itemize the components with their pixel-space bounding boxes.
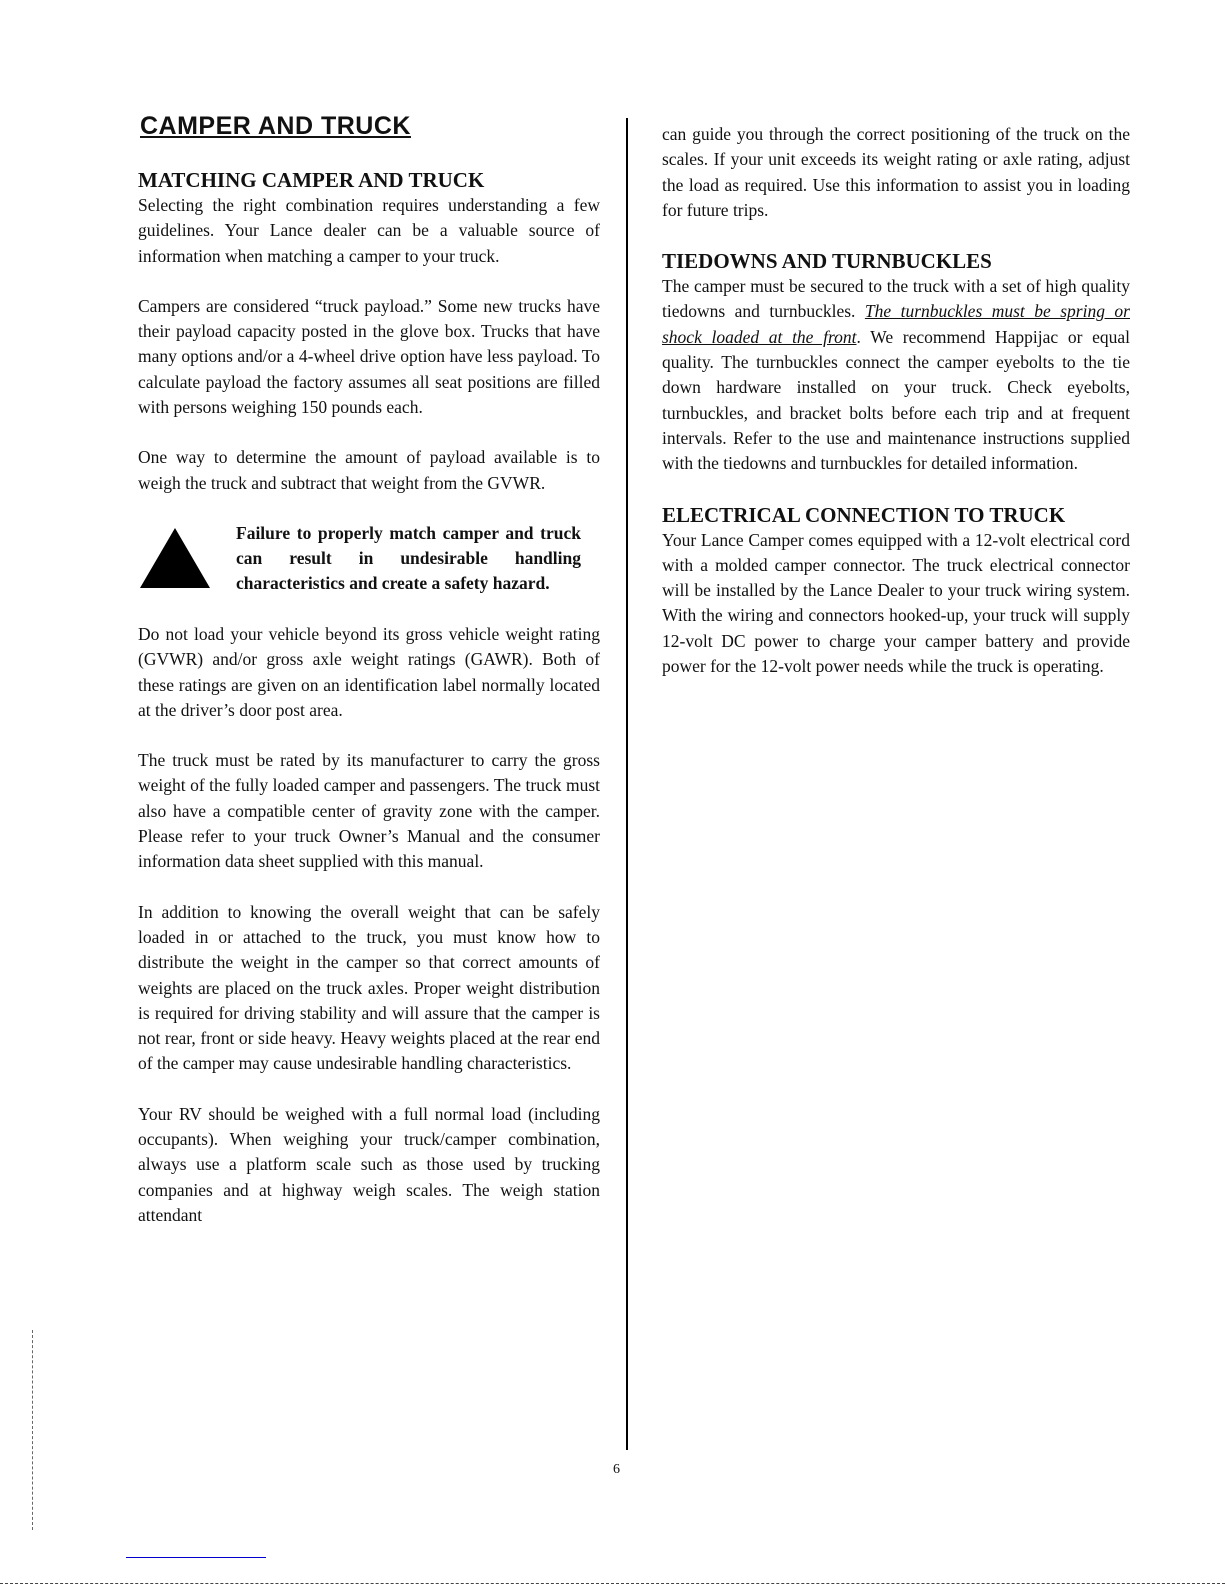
warning-callout: Failure to properly match camper and tru…: [130, 521, 600, 596]
right-column: can guide you through the correct positi…: [662, 122, 1130, 704]
paragraph: The truck must be rated by its manufactu…: [138, 748, 600, 874]
paragraph: Your Lance Camper comes equipped with a …: [662, 528, 1130, 680]
paragraph: One way to determine the amount of paylo…: [138, 445, 600, 496]
section-heading-matching: MATCHING CAMPER AND TRUCK: [138, 167, 600, 193]
page-title: CAMPER AND TRUCK: [140, 112, 600, 141]
paragraph-tiedowns: The camper must be secured to the truck …: [662, 274, 1130, 476]
left-column: CAMPER AND TRUCK MATCHING CAMPER AND TRU…: [130, 112, 600, 1253]
paragraph: Do not load your vehicle beyond its gros…: [138, 622, 600, 723]
page-number: 6: [613, 1462, 620, 1478]
paragraph: Selecting the right combination requires…: [138, 193, 600, 269]
margin-mark: [32, 1330, 34, 1530]
text: . We recommend Happijac or equal quality…: [662, 327, 1130, 473]
warning-triangle-icon: [140, 528, 210, 588]
paragraph: In addition to knowing the overall weigh…: [138, 900, 600, 1077]
column-divider: [626, 118, 628, 1450]
link-underline: [126, 1557, 266, 1558]
paragraph: Your RV should be weighed with a full no…: [138, 1102, 600, 1228]
paragraph: can guide you through the correct positi…: [662, 122, 1130, 223]
warning-text: Failure to properly match camper and tru…: [236, 521, 581, 596]
section-heading-electrical: ELECTRICAL CONNECTION TO TRUCK: [662, 502, 1130, 528]
paragraph: Campers are considered “truck payload.” …: [138, 294, 600, 420]
section-heading-tiedowns: TIEDOWNS AND TURNBUCKLES: [662, 248, 1130, 274]
